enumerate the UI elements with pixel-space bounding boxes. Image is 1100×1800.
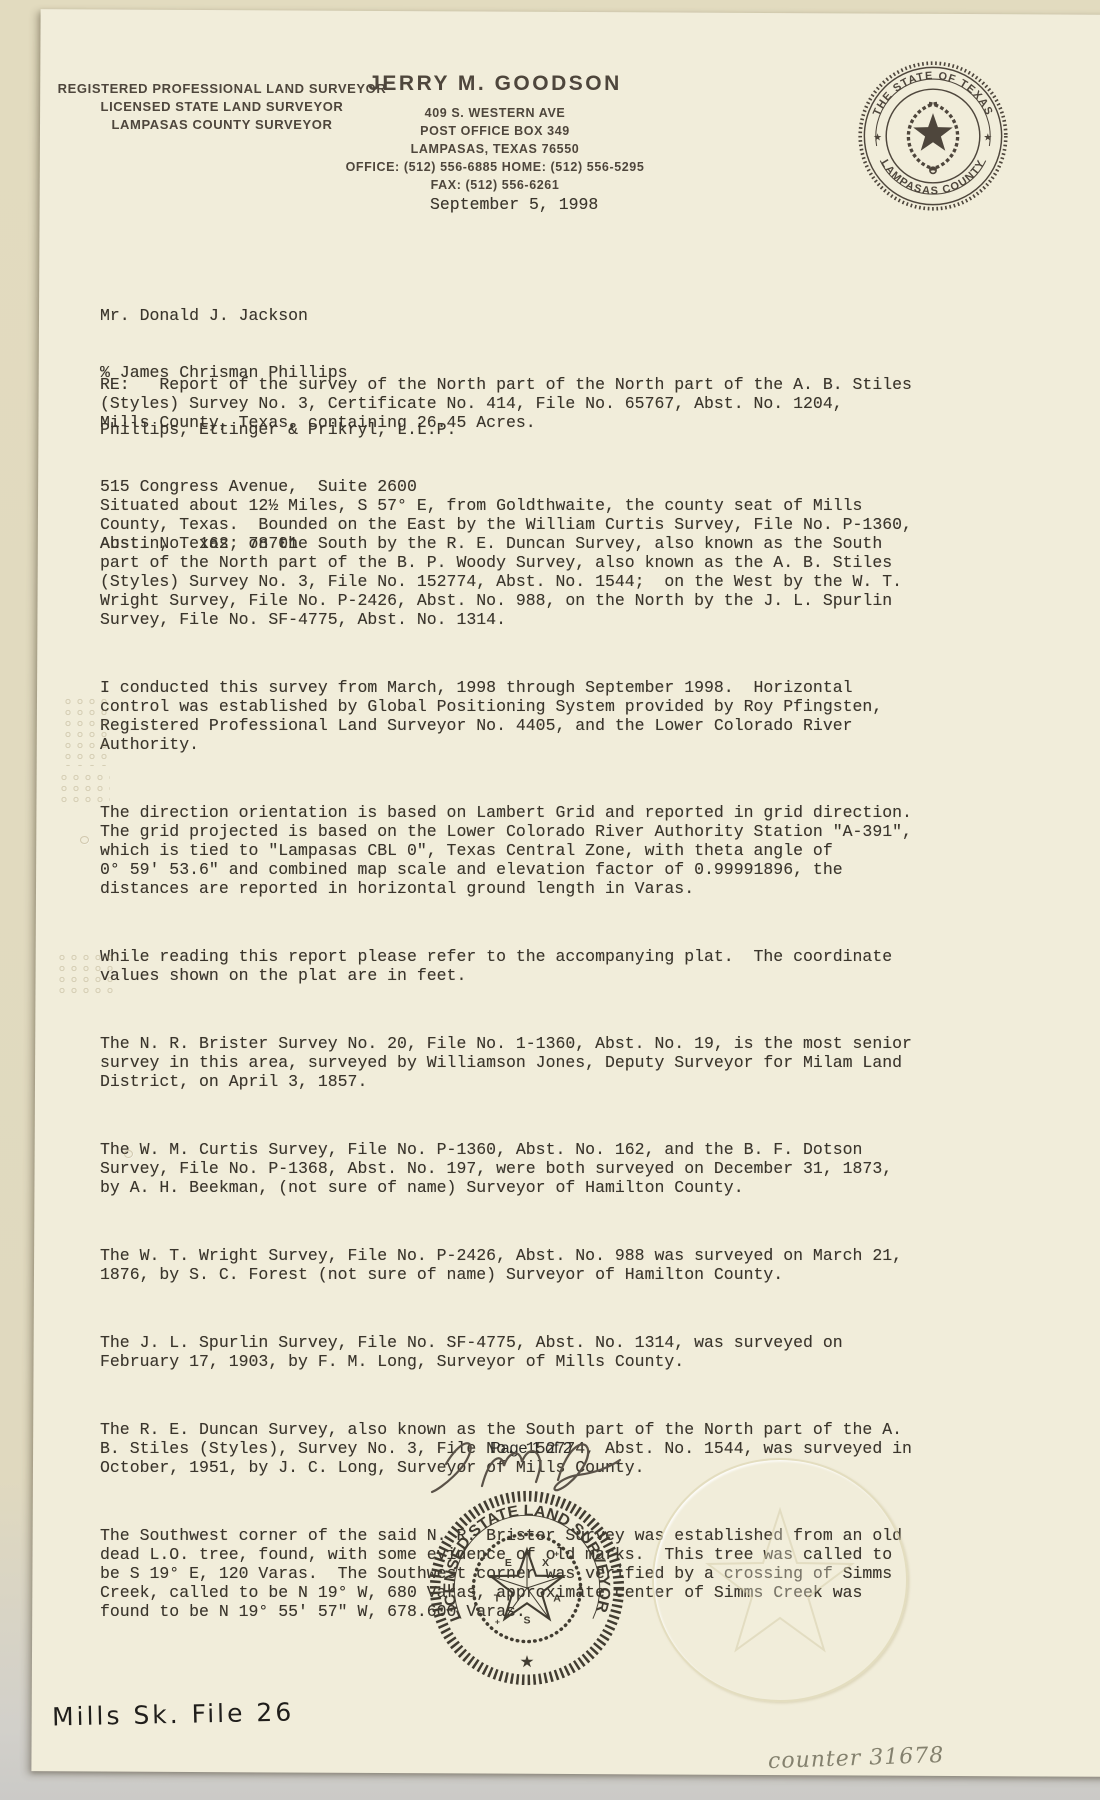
recipient-name: Mr. Donald J. Jackson: [100, 306, 456, 325]
street-address: 409 S. WESTERN AVE: [310, 104, 680, 122]
svg-text:THE STATE OF TEXAS: THE STATE OF TEXAS: [871, 70, 995, 118]
stamp-letter-x: X: [542, 1557, 549, 1569]
embossed-seal-impression: [652, 1458, 908, 1702]
lampasas-county-seal-icon: THE STATE OF TEXAS LAMPASAS COUNTY ★ ★: [855, 58, 1011, 214]
emboss-dot: [80, 836, 89, 844]
stamp-letter-t: T: [494, 1592, 501, 1604]
city-state-zip: LAMPASAS, TEXAS 76550: [310, 140, 680, 158]
letter-date: September 5, 1998: [430, 195, 598, 214]
emboss-dot-cluster: [56, 952, 118, 994]
stamp-bottom-star-icon: ★: [521, 1654, 534, 1670]
seal-left-star-icon: ★: [873, 132, 882, 142]
seal-right-star-icon: ★: [983, 132, 992, 142]
emboss-dot-cluster: [62, 696, 110, 766]
subject-re-block: RE: Report of the survey of the North pa…: [100, 375, 970, 432]
seal-top-text: THE STATE OF TEXAS: [871, 70, 995, 118]
handwritten-counter-note: counter 31678: [768, 1743, 945, 1774]
body-paragraph: The N. R. Brister Survey No. 20, File No…: [100, 1034, 972, 1091]
handwritten-file-note: Mills Sk. File 26: [52, 1697, 295, 1731]
letterhead-address-block: 409 S. WESTERN AVE POST OFFICE BOX 349 L…: [310, 104, 680, 194]
emboss-dot-cluster: [58, 772, 110, 808]
emboss-dot: [124, 1150, 133, 1158]
stamp-letter-s: S: [523, 1614, 530, 1626]
stamp-cross-mark: +: [495, 1616, 500, 1626]
stamp-cross-mark: +: [554, 1548, 559, 1558]
body-paragraph: I conducted this survey from March, 1998…: [100, 678, 972, 754]
stamp-letter-e: E: [505, 1557, 512, 1569]
body-paragraph: The W. T. Wright Survey, File No. P-2426…: [100, 1246, 972, 1284]
letter-content: REGISTERED PROFESSIONAL LAND SURVEYOR LI…: [0, 0, 1100, 1800]
body-paragraph: The W. M. Curtis Survey, File No. P-1360…: [100, 1140, 972, 1197]
body-paragraph: While reading this report please refer t…: [100, 947, 972, 985]
body-paragraph: The direction orientation is based on La…: [100, 803, 972, 898]
letterhead-surveyor-name: JERRY M. GOODSON: [310, 72, 680, 96]
phone-line: OFFICE: (512) 556-6885 HOME: (512) 556-5…: [310, 158, 680, 176]
seal-center-star-icon: [913, 113, 953, 151]
embossed-star-icon: [708, 1510, 852, 1650]
surveyor-signature: [408, 1428, 638, 1513]
scanned-letter-page: { "letterhead": { "titles": [ "REGISTERE…: [0, 0, 1100, 1800]
body-paragraph: The J. L. Spurlin Survey, File No. SF-47…: [100, 1333, 972, 1371]
fax-line: FAX: (512) 556-6261: [310, 176, 680, 194]
body-paragraph: Situated about 12½ Miles, S 57° E, from …: [100, 496, 972, 629]
stamp-letter-a: A: [553, 1592, 561, 1604]
po-box: POST OFFICE BOX 349: [310, 122, 680, 140]
